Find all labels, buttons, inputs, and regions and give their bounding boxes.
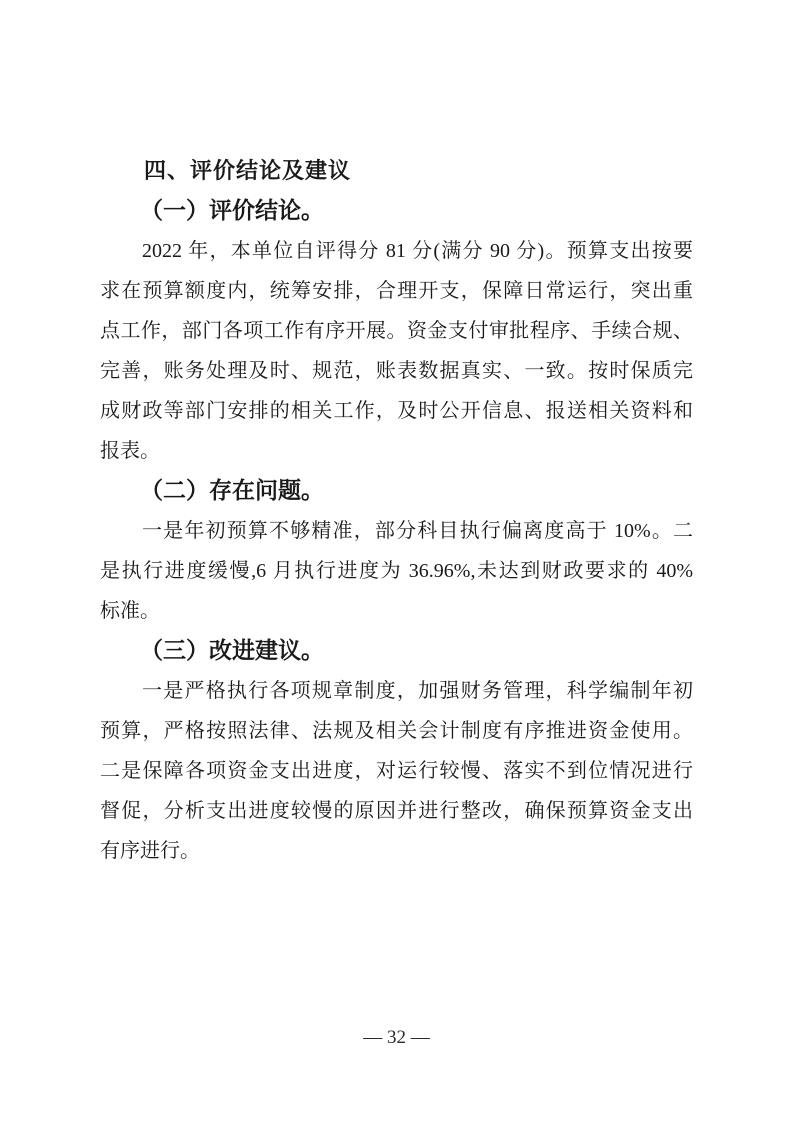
- paragraph-line: 成财政等部门安排的相关工作，及时公开信息、报送相关资料和: [100, 391, 693, 431]
- subsection-heading-existing-problems: （二）存在问题。: [100, 471, 693, 511]
- paragraph-line: 二是保障各项资金支出进度，对运行较慢、落实不到位情况进行: [100, 751, 693, 791]
- paragraph-line: 预算，严格按照法律、法规及相关会计制度有序推进资金使用。: [100, 711, 693, 751]
- paragraph-line: 标准。: [100, 591, 693, 631]
- document-page: 四、评价结论及建议 （一）评价结论。 2022 年，本单位自评得分 81 分(满…: [0, 0, 793, 1122]
- paragraph-line: 2022 年，本单位自评得分 81 分(满分 90 分)。预算支出按要: [100, 231, 693, 271]
- page-number: — 32 —: [363, 1027, 430, 1048]
- paragraph-line: 完善，账务处理及时、规范，账表数据真实、一致。按时保质完: [100, 351, 693, 391]
- paragraph-line: 是执行进度缓慢,6 月执行进度为 36.96%,未达到财政要求的 40%: [100, 551, 693, 591]
- paragraph-line: 一是严格执行各项规章制度，加强财务管理，科学编制年初: [100, 671, 693, 711]
- subsection-heading-evaluation-conclusion: （一）评价结论。: [100, 191, 693, 231]
- section-title: 四、评价结论及建议: [100, 151, 693, 191]
- document-content: 四、评价结论及建议 （一）评价结论。 2022 年，本单位自评得分 81 分(满…: [100, 151, 693, 871]
- paragraph-line: 报表。: [100, 431, 693, 471]
- paragraph-line: 求在预算额度内，统筹安排，合理开支，保障日常运行，突出重: [100, 271, 693, 311]
- paragraph-line: 一是年初预算不够精准，部分科目执行偏离度高于 10%。二: [100, 511, 693, 551]
- subsection-heading-improvement-suggestions: （三）改进建议。: [100, 631, 693, 671]
- page-footer: — 32 —: [0, 1026, 793, 1050]
- paragraph-line: 督促，分析支出进度较慢的原因并进行整改，确保预算资金支出: [100, 791, 693, 831]
- paragraph-line: 有序进行。: [100, 831, 693, 871]
- paragraph-line: 点工作，部门各项工作有序开展。资金支付审批程序、手续合规、: [100, 311, 693, 351]
